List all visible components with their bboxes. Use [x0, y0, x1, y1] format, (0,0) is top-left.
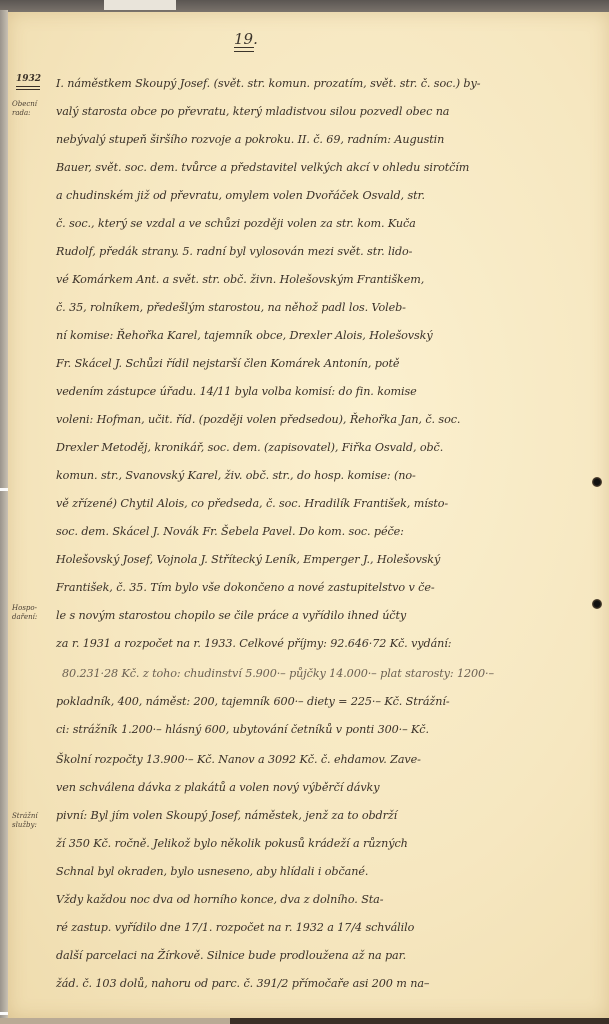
text-line: č. soc., který se vzdal a ve schůzi pozd…	[56, 210, 416, 238]
text-line: voleni: Hofman, učit. říd. (později vole…	[56, 406, 460, 434]
text-line: ré zastup. vyřídilo dne 17/1. rozpočet n…	[56, 914, 414, 942]
margin-note-hospodareni: Hospo-daření:	[12, 604, 52, 622]
text-line: vé Komárkem Ant. a svět. str. obč. živn.…	[56, 266, 424, 294]
text-line: Rudolf, předák strany. 5. radní byl vylo…	[56, 238, 412, 266]
text-line: pokladník, 400, náměst: 200, tajemník 60…	[56, 688, 450, 716]
text-line: ní komise: Řehořka Karel, tajemník obce,…	[56, 322, 433, 350]
margin-note-strazni-sluzby: Strážní služby:	[12, 812, 52, 830]
text-line: č. 35, rolníkem, předešlým starostou, na…	[56, 294, 406, 322]
margin-note-obecni-rada: Obecní rada:	[12, 100, 52, 118]
page-number: 19.	[234, 30, 258, 48]
year-underline	[16, 86, 40, 90]
spine-marker	[0, 488, 8, 491]
text-line: další parcelaci na Žírkově. Silnice bude…	[56, 942, 406, 970]
text-line: František, č. 35. Tím bylo vše dokončeno…	[56, 574, 435, 602]
text-line: 80.231·28 Kč. z toho: chudinství 5.900·–…	[62, 660, 494, 688]
text-line: Bauer, svět. soc. dem. tvůrce a představ…	[56, 154, 469, 182]
text-line: za r. 1931 a rozpočet na r. 1933. Celkov…	[56, 630, 451, 658]
text-line: Holešovský Josef, Vojnola J. Střítecký L…	[56, 546, 440, 574]
text-line: Školní rozpočty 13.900·– Kč. Nanov a 309…	[56, 746, 421, 774]
spine-marker	[0, 1012, 8, 1015]
text-line: komun. str., Svanovský Karel, živ. obč. …	[56, 462, 416, 490]
text-line: Fr. Skácel J. Schůzi řídil nejstarší čle…	[56, 350, 399, 378]
book-spine-edge	[0, 10, 8, 1024]
text-line: valý starosta obce po převratu, který ml…	[56, 98, 449, 126]
text-line: ží 350 Kč. ročně. Jelikož bylo několik p…	[56, 830, 408, 858]
text-line: a chudinském již od převratu, omylem vol…	[56, 182, 425, 210]
text-line: Vždy každou noc dva od horního konce, dv…	[56, 886, 383, 914]
text-line: Drexler Metoděj, kronikář, soc. dem. (za…	[56, 434, 443, 462]
scan-bottom-background	[0, 1018, 609, 1024]
text-line: le s novým starostou chopilo se čile prá…	[56, 602, 406, 630]
text-line: nebývalý stupeň širšího rozvoje a pokrok…	[56, 126, 444, 154]
text-line: soc. dem. Skácel J. Novák Fr. Šebela Pav…	[56, 518, 404, 546]
text-line: I. náměstkem Skoupý Josef. (svět. str. k…	[56, 70, 480, 98]
year-heading: 1932	[16, 74, 41, 84]
scan-bottom-light	[0, 1018, 230, 1024]
punch-hole	[592, 599, 602, 609]
text-line: Schnal byl okraden, bylo usneseno, aby h…	[56, 858, 368, 886]
text-line: vedením zástupce úřadu. 14/11 byla volba…	[56, 378, 417, 406]
text-line: ven schválena dávka z plakátů a volen no…	[56, 774, 379, 802]
text-line: žád. č. 103 dolů, nahoru od parc. č. 391…	[56, 970, 429, 998]
scan-top-background	[0, 0, 609, 12]
punch-hole	[592, 477, 602, 487]
text-line: ci: strážník 1.200·– hlásný 600, ubytová…	[56, 716, 429, 744]
page-number-underline	[234, 47, 254, 52]
text-line: vě zřízené) Chytil Alois, co předseda, č…	[56, 490, 448, 518]
book-tab	[104, 0, 176, 10]
text-line: pivní: Byl jím volen Skoupý Josef, náměs…	[56, 802, 397, 830]
